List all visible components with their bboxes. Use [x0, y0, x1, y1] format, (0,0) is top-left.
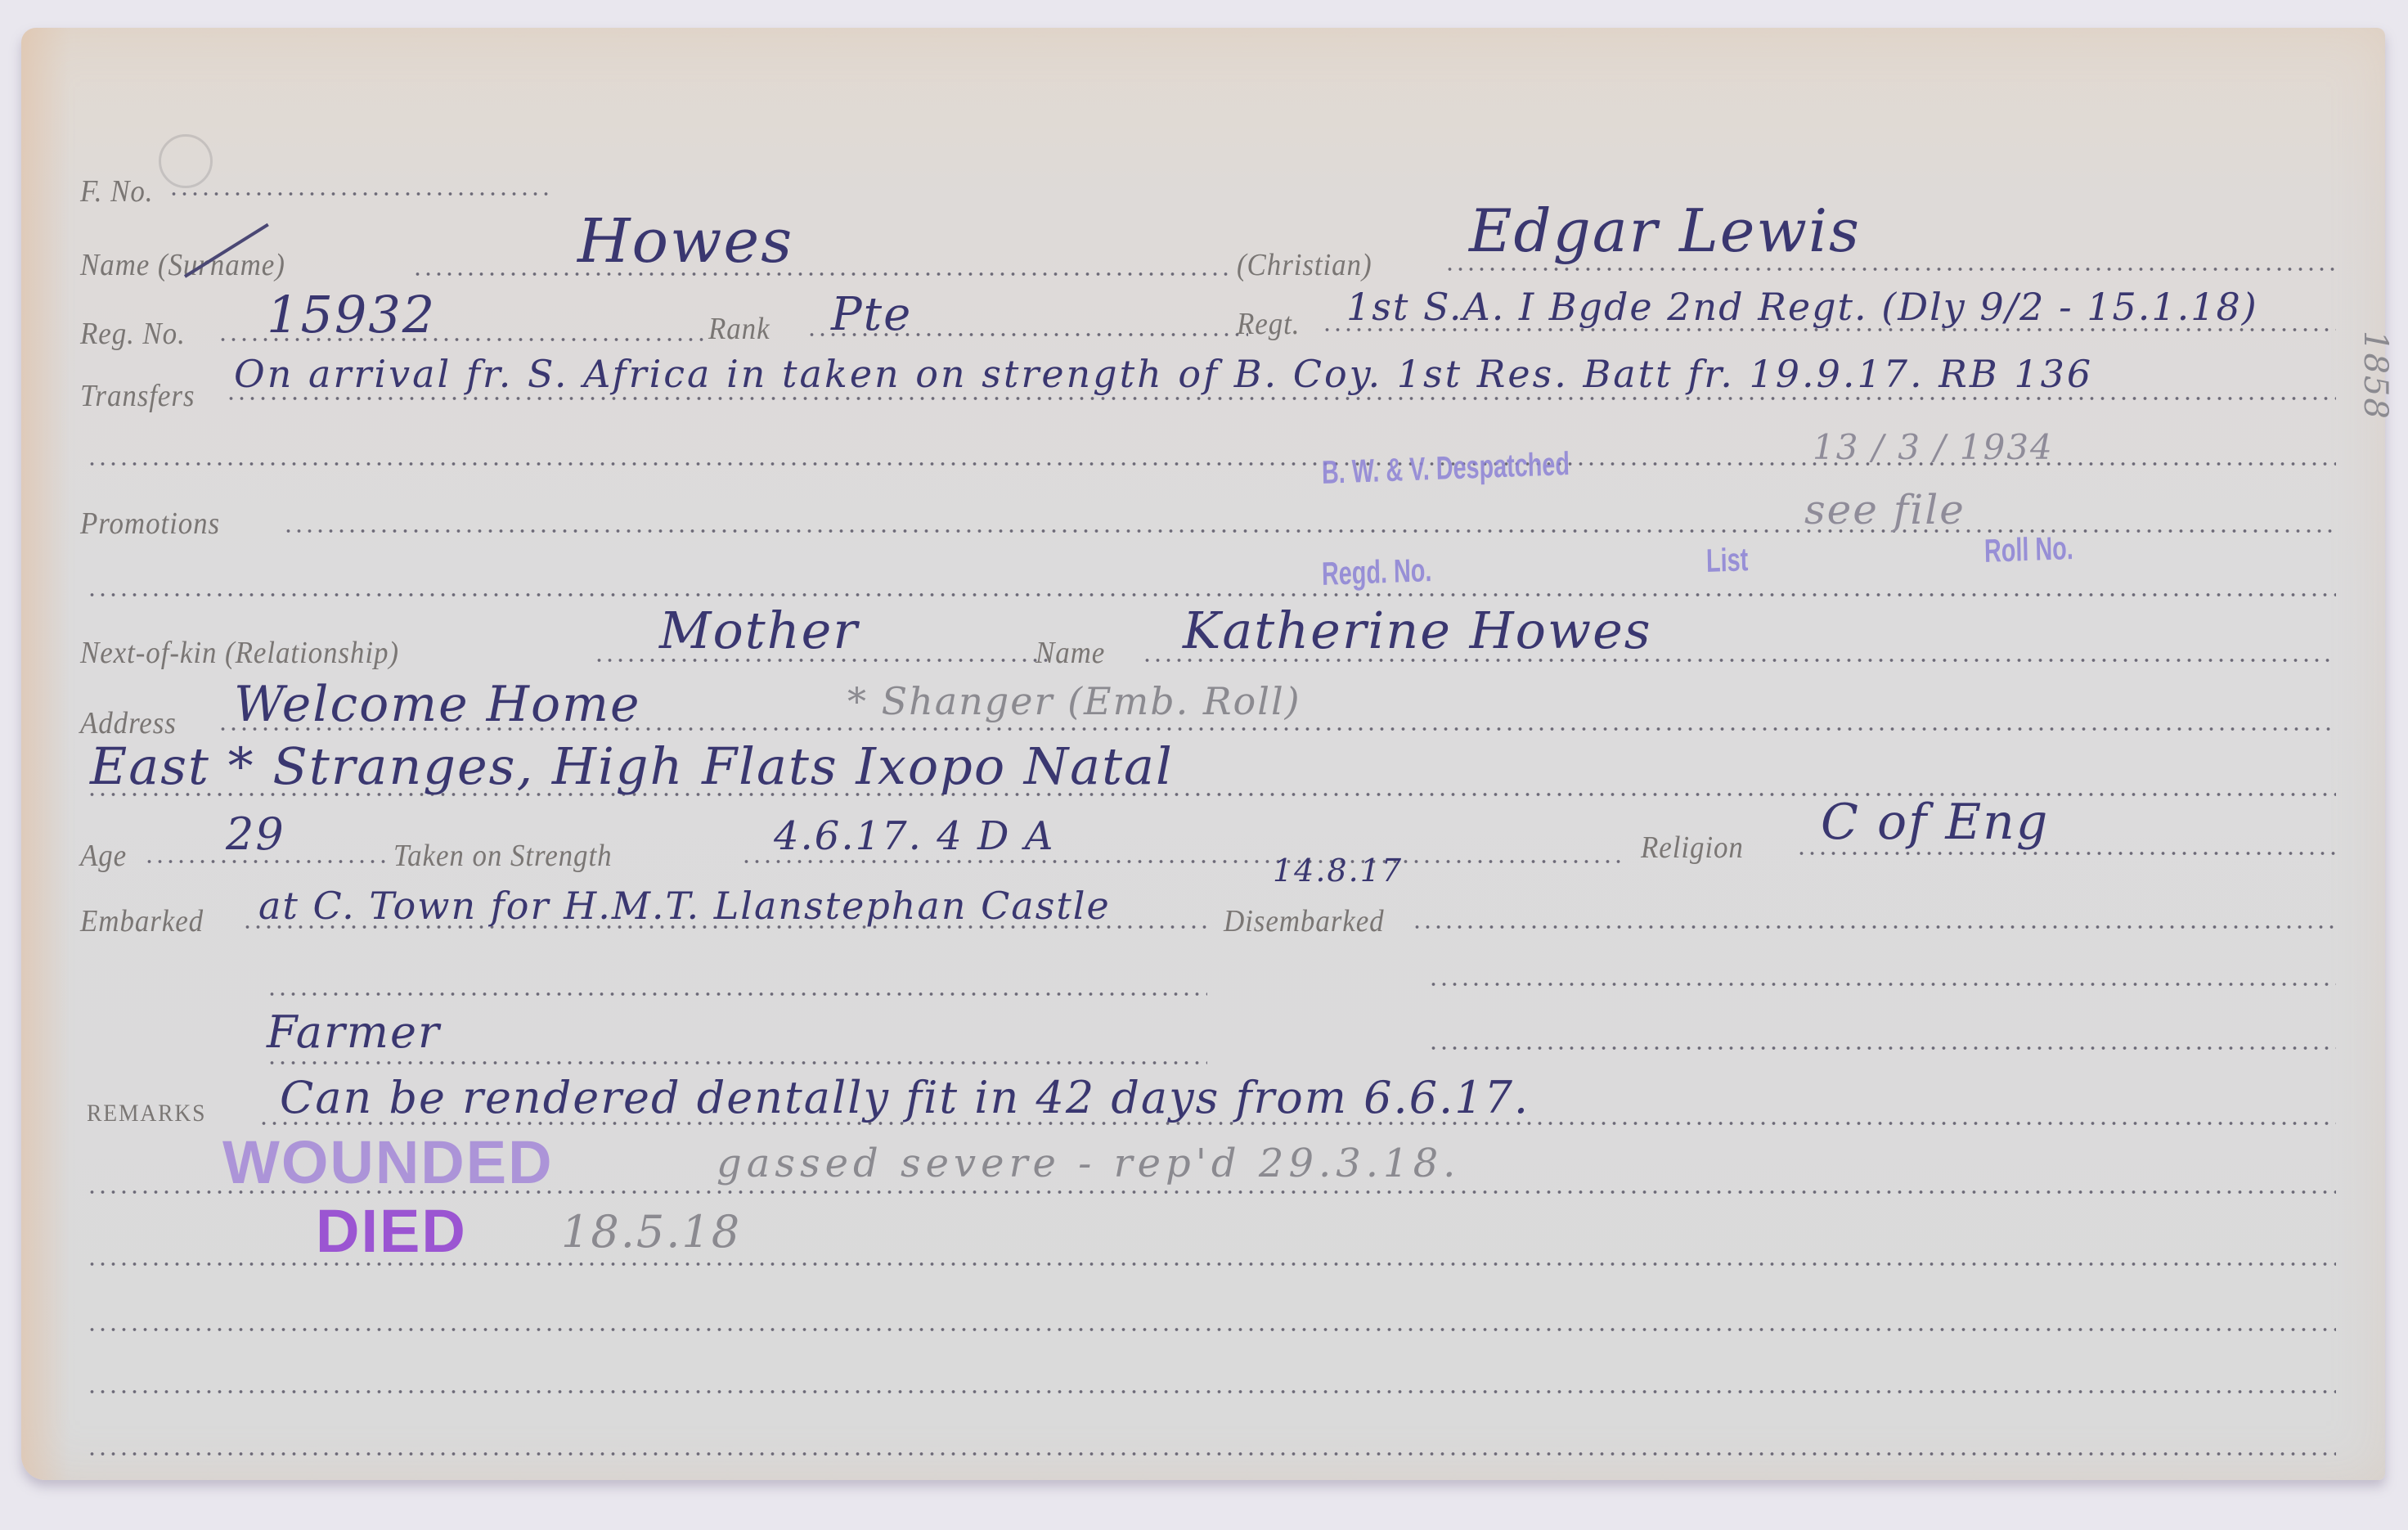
regd-no-stamp: Regd. No.	[1322, 552, 1432, 593]
label-taken-on-strength: Taken on Strength	[393, 838, 612, 874]
address-line2-value: East * Stranges, High Flats Ixopo Natal	[90, 736, 1174, 796]
embarked-date-value: 14.8.17	[1273, 853, 1403, 889]
label-promotions: Promotions	[80, 506, 220, 542]
surname-value: Howes	[577, 206, 793, 277]
remarks-line2-value: gassed severe - rep'd 29.3.18.	[717, 1141, 1460, 1186]
christian-names-value: Edgar Lewis	[1469, 196, 1861, 265]
label-next-of-kin: Next-of-kin (Relationship)	[80, 635, 399, 671]
label-christian: (Christian)	[1237, 247, 1372, 283]
bwv-despatched-date: 13 / 3 / 1934	[1813, 427, 2054, 467]
dotted-line	[1444, 267, 2336, 272]
embarked-value: at C. Town for H.M.T. Llanstephan Castle	[258, 884, 1111, 928]
address-line1-value: Welcome Home	[234, 676, 641, 733]
dotted-line	[87, 1389, 2336, 1394]
dotted-line	[267, 992, 1207, 997]
label-name-surname: Name (Surname)	[80, 247, 285, 283]
next-of-kin-name-value: Katherine Howes	[1183, 601, 1652, 660]
dotted-line	[1428, 982, 2336, 987]
label-remarks: REMARKS	[87, 1100, 206, 1127]
dotted-line	[168, 191, 553, 196]
label-nok-name: Name	[1036, 635, 1105, 671]
label-regt: Regt.	[1237, 306, 1300, 342]
dotted-line	[1412, 925, 2336, 929]
regt-value: 1st S.A. I Bgde 2nd Regt. (Dly 9/2 - 15.…	[1346, 285, 2258, 329]
dotted-line	[87, 1190, 2336, 1195]
remarks-line1-value: Can be rendered dentally fit in 42 days …	[280, 1072, 1530, 1123]
dotted-line	[87, 1327, 2336, 1332]
taken-on-strength-value: 4.6.17. 4 D A	[774, 813, 1054, 859]
dotted-line	[741, 859, 1624, 864]
label-file-no: F. No.	[80, 173, 153, 209]
bwv-despatched-stamp: B. W. & V. Despatched	[1322, 446, 1570, 492]
roll-no-stamp: Roll No.	[1984, 530, 2074, 570]
dotted-line	[226, 396, 2336, 401]
died-stamp: DIED	[316, 1196, 467, 1266]
next-of-kin-relationship-value: Mother	[659, 601, 859, 660]
margin-note: 1858	[2356, 331, 2394, 421]
see-file-note: see file	[1804, 486, 1965, 533]
wounded-stamp: WOUNDED	[222, 1127, 554, 1197]
label-age: Age	[80, 838, 127, 874]
died-date-value: 18.5.18	[561, 1206, 741, 1258]
ink-smudge	[159, 134, 213, 188]
dotted-line	[1796, 851, 2336, 856]
address-line1-note: * Shanger (Emb. Roll)	[847, 679, 1301, 723]
age-value: 29	[226, 808, 285, 860]
dotted-line	[87, 1451, 2336, 1456]
dotted-line	[412, 272, 1230, 277]
service-record-card: F. No. Name (Surname) Howes (Christian) …	[21, 28, 2385, 1480]
dotted-line	[87, 592, 2336, 597]
label-rank: Rank	[708, 311, 770, 347]
occupation-value: Farmer	[267, 1006, 441, 1058]
label-disembarked: Disembarked	[1224, 903, 1385, 939]
reg-no-value: 15932	[267, 285, 436, 344]
label-transfers: Transfers	[80, 378, 195, 414]
rank-value: Pte	[831, 288, 912, 341]
dotted-line	[87, 1262, 2336, 1267]
list-stamp: List	[1706, 542, 1749, 580]
label-reg-no: Reg. No.	[80, 316, 186, 352]
transfers-value: On arrival fr. S. Africa in taken on str…	[234, 352, 2093, 396]
label-embarked: Embarked	[80, 903, 204, 939]
label-religion: Religion	[1641, 830, 1744, 866]
dotted-line	[267, 1060, 1207, 1065]
religion-value: C of Eng	[1821, 794, 2049, 851]
dotted-line	[1428, 1046, 2336, 1051]
